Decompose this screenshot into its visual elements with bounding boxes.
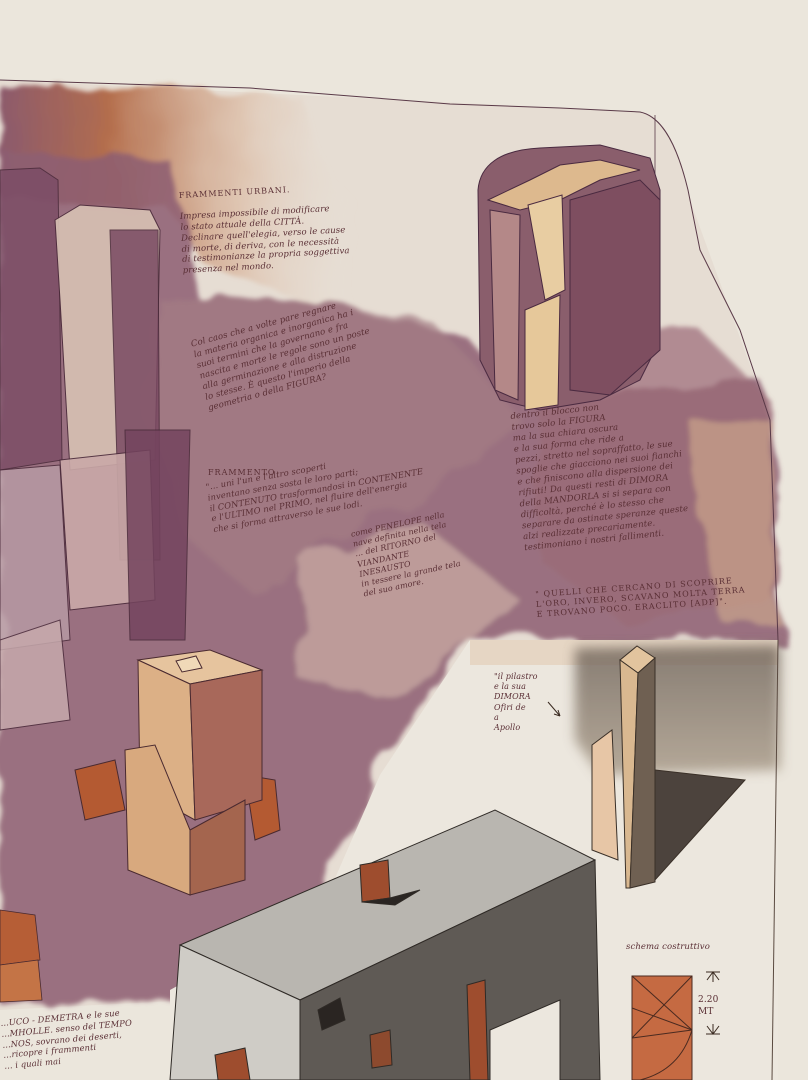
note-pilastro: "il pilastro e la sua DIMORA Ofiri de a … <box>494 672 574 733</box>
schema-costruttivo-label: schema costruttivo <box>626 942 710 953</box>
schema-dimension: 2.20 MT <box>698 995 718 1018</box>
note-frammenti-urbani: FRAMMENTI URBANI. Impresa impossibile di… <box>178 167 433 277</box>
note-frammenti-title: FRAMMENTI URBANI. <box>179 178 429 201</box>
artwork-canvas: FRAMMENTI URBANI. Impresa impossibile di… <box>0 0 808 1080</box>
note-frammenti-body: Impresa impossibile di modificare lo sta… <box>180 204 350 276</box>
note-dentro-blocco: dentro il blocco non trovo solo la FIGUR… <box>510 384 788 554</box>
